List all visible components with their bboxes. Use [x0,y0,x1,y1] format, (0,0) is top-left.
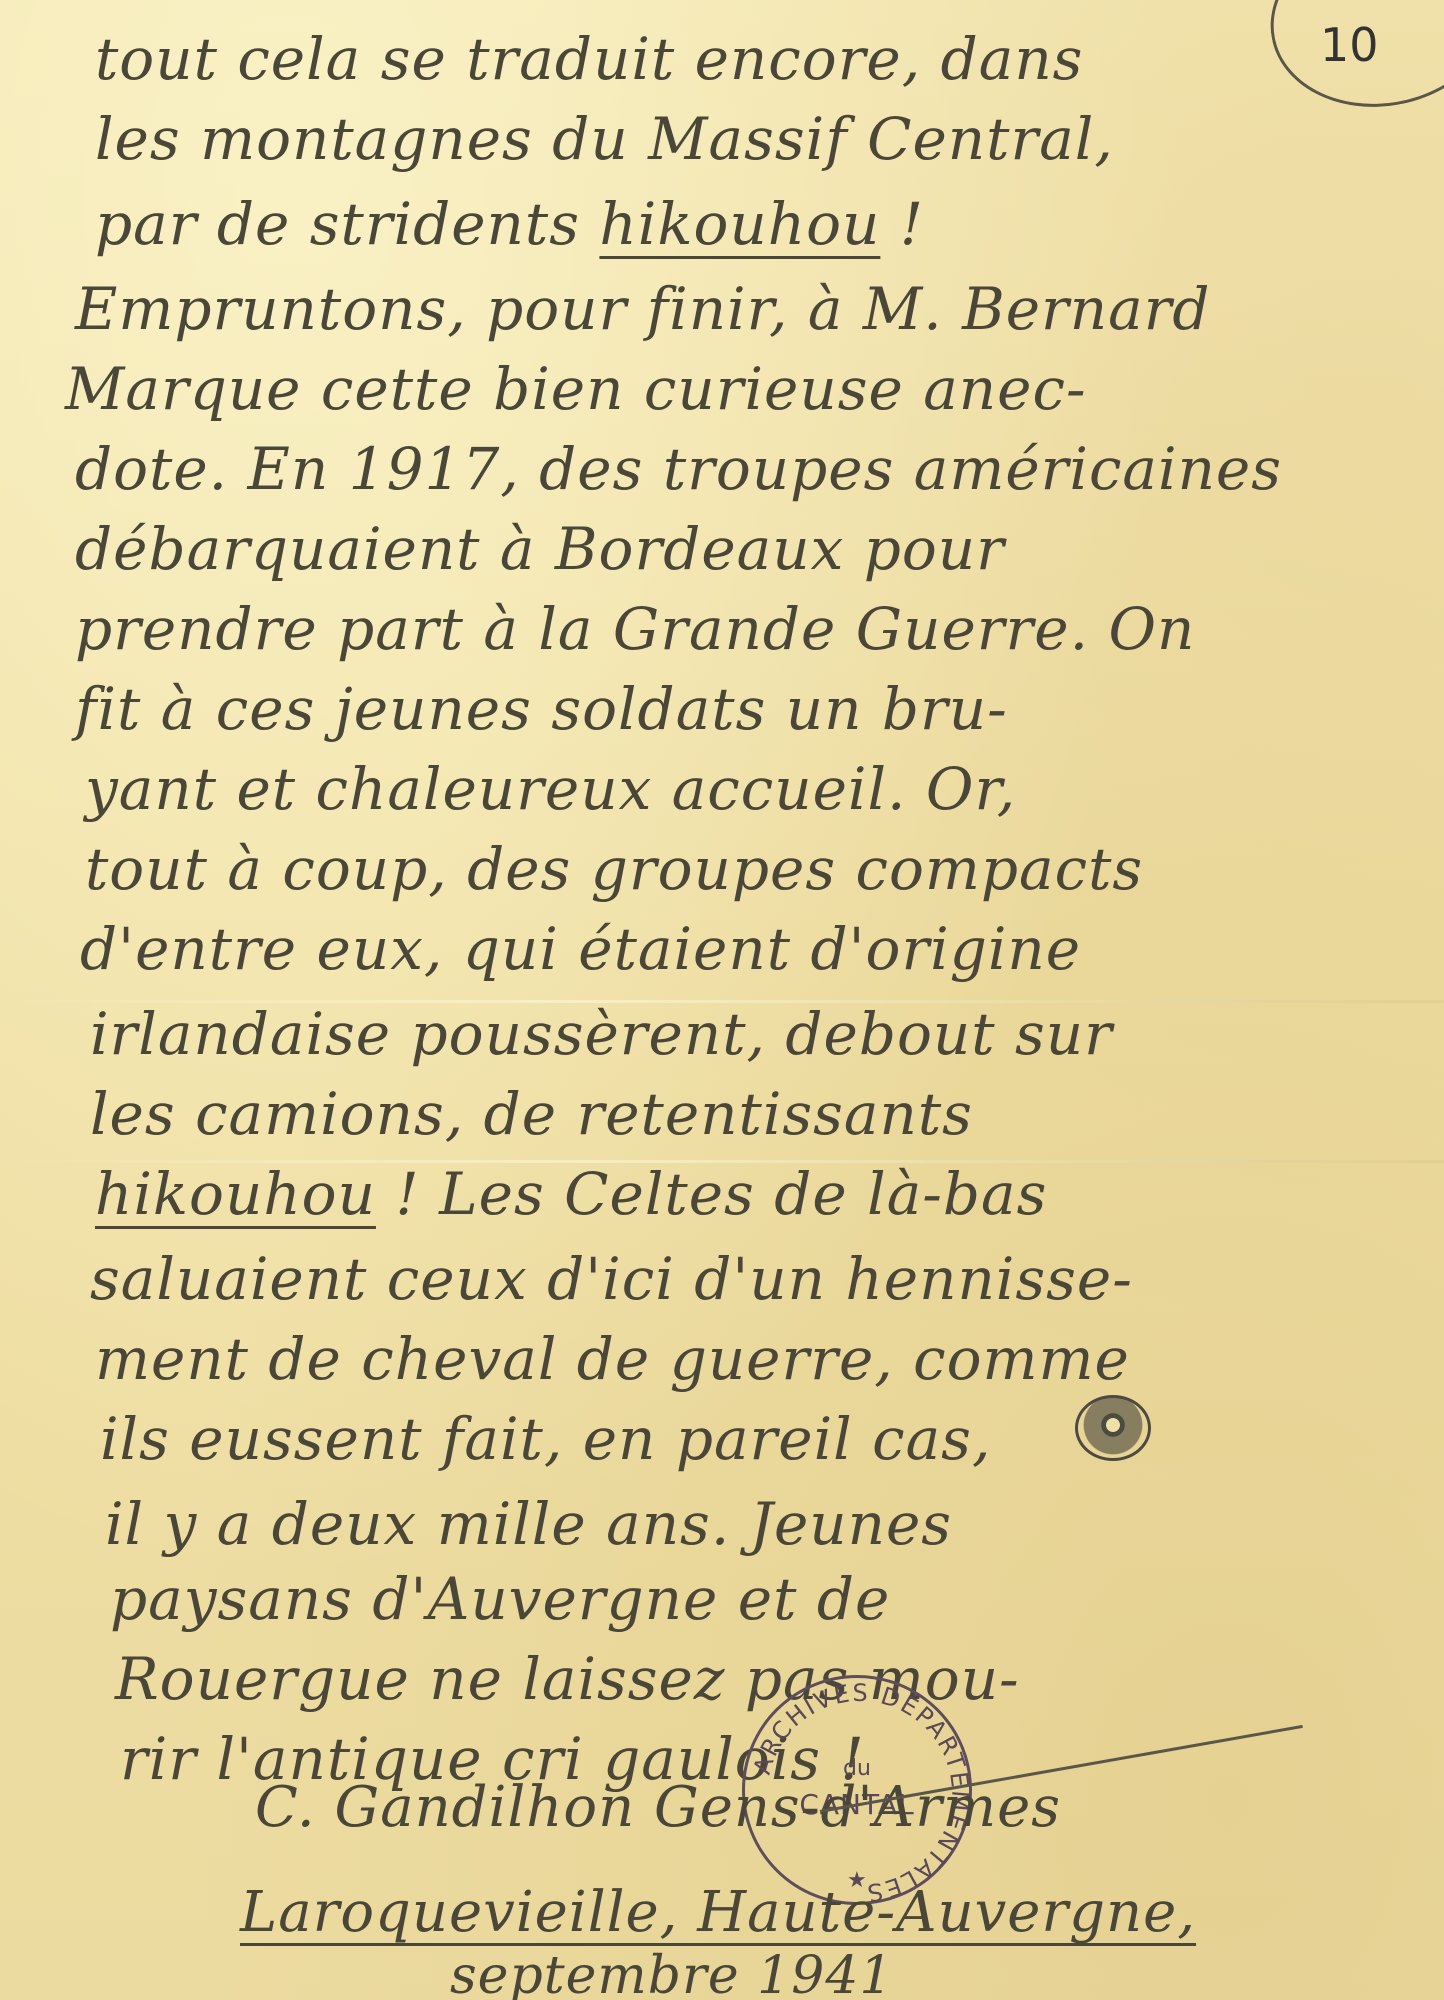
text-line: paysans d'Auvergne et de [110,1570,890,1628]
page-number: 10 [1320,18,1379,72]
text-fragment: par de stridents [95,190,599,258]
text-line: débarquaient à Bordeaux pour [75,520,1005,578]
place-line: Laroquevieille, Haute-Auvergne, [240,1885,1196,1941]
text-line: saluaient ceux d'ici d'un hennisse- [90,1250,1133,1308]
text-line: ils eussent fait, en pareil cas, [100,1410,991,1468]
text-line: dote. En 1917, des troupes américaines [75,440,1282,498]
underlined-word: hikouhou [599,190,880,258]
text-line: prendre part à la Grande Guerre. On [75,600,1195,658]
text-line: les camions, de retentissants [90,1085,973,1143]
text-line: yant et chaleureux accueil. Or, [85,760,1016,818]
text-line: hikouhou ! Les Celtes de là-bas [95,1165,1047,1223]
underlined-word: hikouhou [95,1160,376,1228]
text-line: par de stridents hikouhou ! [95,195,924,253]
text-line: tout cela se traduit encore, dans [95,30,1083,88]
date-line: septembre 1941 [450,1950,894,2000]
text-line: les montagnes du Massif Central, [95,110,1114,168]
text-line: Marque cette bien curieuse anec- [65,360,1087,418]
text-line: il y a deux mille ans. Jeunes [105,1495,952,1553]
text-fragment: ! [880,190,924,258]
text-line: ment de cheval de guerre, comme [95,1330,1130,1388]
text-line: d'entre eux, qui étaient d'origine [80,920,1081,978]
text-line: tout à coup, des groupes compacts [85,840,1143,898]
text-line: fit à ces jeunes soldats un bru- [75,680,1008,738]
text-line: irlandaise poussèrent, debout sur [90,1005,1113,1063]
text-fragment: ! Les Celtes de là-bas [376,1160,1047,1228]
ink-scribble [1075,1395,1151,1461]
text-line: Empruntons, pour finir, à M. Bernard [75,280,1211,338]
